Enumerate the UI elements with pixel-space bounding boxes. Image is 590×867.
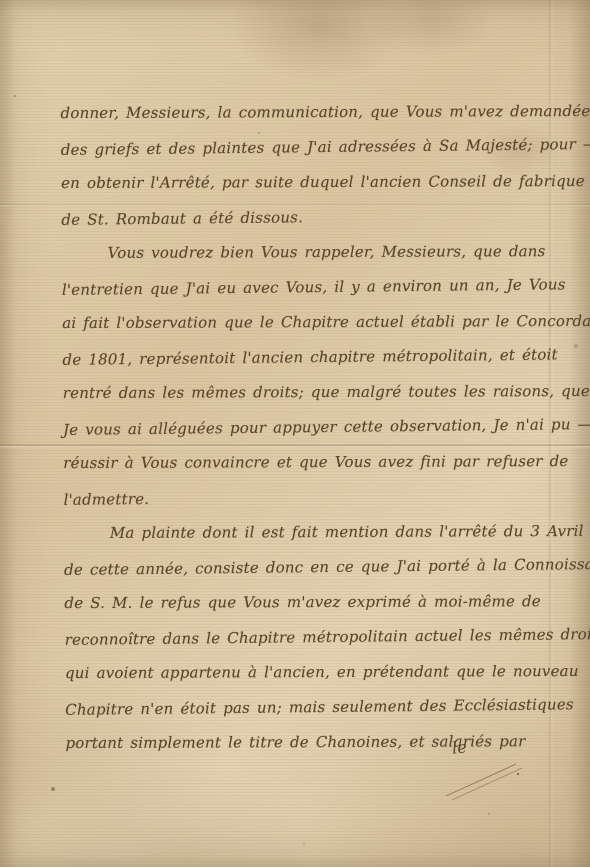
letter-line: portant simplement le titre de Chanoines… — [65, 724, 590, 761]
catchword: le — [451, 737, 467, 757]
letter-line: Ma plainte dont il est fait mention dans… — [64, 514, 589, 551]
letter-line: en obtenir l'Arrêté, par suite duquel l'… — [61, 164, 586, 201]
letter-line: rentré dans les mêmes droits; que malgré… — [63, 374, 588, 411]
letter-line: l'entretien que J'ai eu avec Vous, il y … — [62, 267, 587, 308]
letter-line: de cette année, consiste donc en ce que … — [64, 547, 589, 588]
letter-line: réussir à Vous convaincre et que Vous av… — [63, 444, 588, 481]
ink-flourish — [438, 752, 538, 802]
letter-line: qui avoient appartenu à l'ancien, en pré… — [65, 654, 590, 691]
letter-body: donner, Messieurs, la communication, que… — [60, 93, 590, 762]
paragraph: Ma plainte dont il est fait mention dans… — [64, 513, 590, 762]
letter-line: Vous voudrez bien Vous rappeler, Messieu… — [62, 234, 587, 271]
letter-line: reconnoître dans le Chapitre métropolita… — [64, 617, 589, 658]
letter-line: ai fait l'observation que le Chapitre ac… — [62, 304, 587, 341]
paragraph: Vous voudrez bien Vous rappeler, Messieu… — [61, 233, 588, 517]
letter-line: l'admettre. — [63, 477, 588, 518]
letter-page: donner, Messieurs, la communication, que… — [0, 0, 590, 867]
letter-line: donner, Messieurs, la communication, que… — [60, 94, 585, 131]
letter-line: des griefs et des plaintes que J'ai adre… — [61, 127, 586, 168]
letter-line: Chapitre n'en étoit pas un; mais seuleme… — [65, 687, 590, 728]
letter-line: de S. M. le refus que Vous m'avez exprim… — [64, 584, 589, 621]
ink-specks — [0, 0, 2, 2]
letter-line: de St. Rombaut a été dissous. — [61, 197, 586, 238]
paragraph: donner, Messieurs, la communication, que… — [60, 93, 586, 237]
letter-line: Je vous ai alléguées pour appuyer cette … — [63, 407, 588, 448]
letter-line: de 1801, représentoit l'ancien chapitre … — [62, 337, 587, 378]
